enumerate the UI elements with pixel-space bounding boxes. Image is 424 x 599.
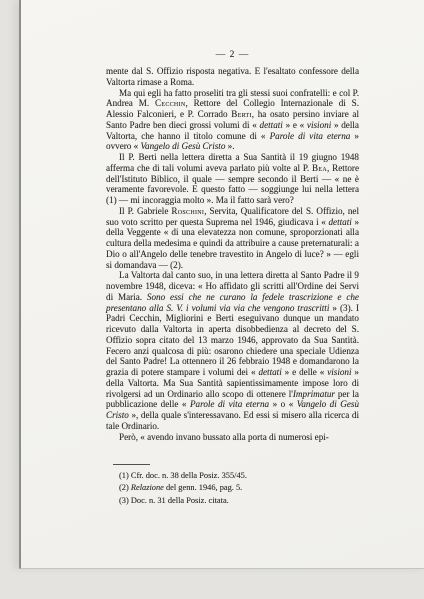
document-page: — 2 — mente dal S. Offizio risposta nega… — [19, 0, 424, 569]
italic-text-run: visioni — [327, 367, 351, 377]
text-run: », della quale s'interessavano. Ed essi … — [106, 410, 359, 431]
text-run: Il P. Gabriele — [119, 206, 171, 216]
smallcaps-text-run: Cecchin — [155, 98, 186, 108]
smallcaps-text-run: Roschini — [171, 206, 204, 216]
page-number: — 2 — — [106, 50, 359, 60]
italic-text-run: Parole di vita eterna — [270, 131, 351, 141]
italic-text-run: Parole di vita eterna — [190, 399, 269, 409]
italic-text-run: Relazione — [131, 483, 164, 492]
footnote: (3) Doc. n. 31 della Posiz. citata. — [106, 495, 359, 507]
footnote-rule — [113, 464, 150, 465]
paragraph: mente dal S. Offizio risposta negativa. … — [106, 66, 359, 88]
italic-text-run: Imprimatur — [293, 389, 335, 399]
paragraph: Ma qui egli ha fatto proseliti tra gli s… — [106, 88, 359, 153]
paragraph: Il P. Gabriele Roschini, Servita, Qualif… — [106, 206, 359, 271]
text-run: » e delle « — [282, 367, 327, 377]
smallcaps-text-run: Bea — [312, 163, 327, 173]
text-run: (3) Doc. n. 31 della Posiz. citata. — [119, 496, 229, 505]
text-run: » e « — [283, 120, 307, 130]
text-run: » o « — [269, 399, 297, 409]
scan-background: — 2 — mente dal S. Offizio risposta nega… — [0, 0, 424, 599]
body-text: mente dal S. Offizio risposta negativa. … — [106, 66, 359, 442]
italic-text-run: dettati — [328, 217, 351, 227]
text-run: (2) — [119, 483, 131, 492]
paragraph: La Valtorta dal canto suo, in una letter… — [106, 270, 359, 431]
italic-text-run: Vangelo di Gesù Cristo — [140, 141, 225, 151]
footnotes: (1) Cfr. doc. n. 38 della Posiz. 355/45.… — [106, 470, 359, 507]
text-run: » (3). I Padri Cecchin, Migliorini e Ber… — [106, 303, 359, 378]
footnote: (1) Cfr. doc. n. 38 della Posiz. 355/45. — [106, 470, 359, 482]
paragraph: Però, « avendo invano bussato alla porta… — [106, 432, 359, 443]
text-run: (1) Cfr. doc. n. 38 della Posiz. 355/45. — [119, 471, 247, 480]
text-run: ». — [225, 141, 234, 151]
text-run: Però, « avendo invano bussato alla porta… — [119, 432, 329, 442]
italic-text-run: dettati — [258, 367, 281, 377]
text-run: del genn. 1946, pag. 5. — [164, 483, 242, 492]
smallcaps-text-run: Berti — [231, 109, 252, 119]
footnote: (2) Relazione del genn. 1946, pag. 5. — [106, 482, 359, 494]
italic-text-run: visioni — [307, 120, 331, 130]
italic-text-run: dettati — [260, 120, 283, 130]
paragraph: Il P. Berti nella lettera diretta a Sua … — [106, 152, 359, 206]
text-run: mente dal S. Offizio risposta negativa. … — [106, 66, 359, 87]
